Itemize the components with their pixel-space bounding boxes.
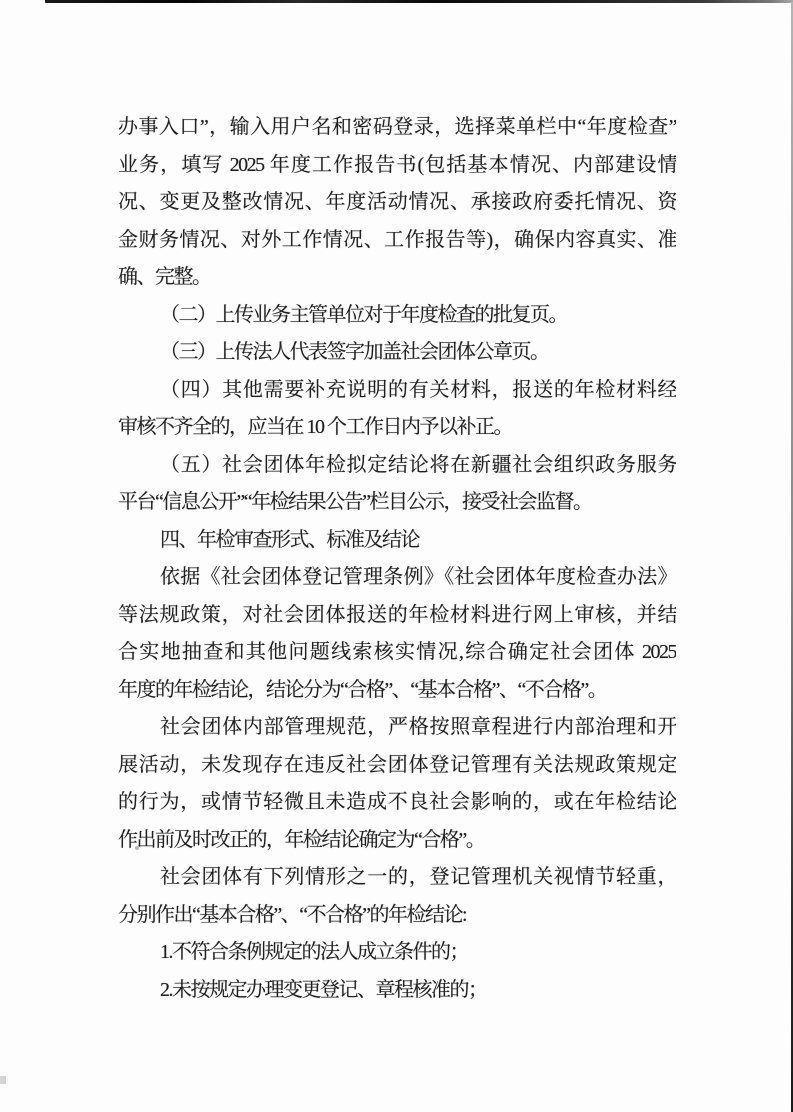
doc-line: 办事入口”，输入用户名和密码登录，选择菜单栏中“年度检查” [118,109,676,147]
scan-top-edge-artifact [45,0,793,3]
doc-line: （二）上传业务主管单位对于年度检查的批复页。 [118,297,676,335]
doc-line: 等法规政策，对社会团体报送的年检材料进行网上审核，并结 [118,597,676,635]
doc-line: 的行为，或情节轻微且未造成不良社会影响的，或在年检结论 [118,784,676,822]
doc-line: 依据《社会团体登记管理条例》《社会团体年度检查办法》 [118,559,676,597]
doc-line: 展活动，未发现存在违反社会团体登记管理有关法规政策规定 [118,747,676,785]
doc-line: 分别作出“基本合格”、“不合格”的年检结论: [118,897,676,935]
doc-section-heading: 四、年检审查形式、标准及结论 [118,522,676,560]
doc-line: （五）社会团体年检拟定结论将在新疆社会组织政务服务 [118,447,676,485]
doc-line: 业务，填写 2025 年度工作报告书(包括基本情况、内部建设情 [118,147,676,185]
document-text-block: 办事入口”，输入用户名和密码登录，选择菜单栏中“年度检查” 业务，填写 2025… [118,109,676,1009]
doc-line: 社会团体内部管理规范，严格按照章程进行内部治理和开 [118,709,676,747]
doc-line: 社会团体有下列情形之一的，登记管理机关视情节轻重， [118,859,676,897]
doc-line: 审核不齐全的，应当在 10 个工作日内予以补正。 [118,409,676,447]
doc-line: 确、完整。 [118,259,676,297]
scanned-document-page: 办事入口”，输入用户名和密码登录，选择菜单栏中“年度检查” 业务，填写 2025… [0,0,793,1112]
doc-line: （三）上传法人代表签字加盖社会团体公章页。 [118,334,676,372]
doc-line: 况、变更及整改情况、年度活动情况、承接政府委托情况、资 [118,184,676,222]
doc-line: 年度的年检结论，结论分为“合格”、“基本合格”、“不合格”。 [118,672,676,710]
doc-line: 平台“信息公开”“年检结果公告”栏目公示，接受社会监督。 [118,484,676,522]
doc-line: 作出前及时改正的，年检结论确定为“合格”。 [118,822,676,860]
doc-line: 金财务情况、对外工作情况、工作报告等)，确保内容真实、准 [118,222,676,260]
doc-list-item: 1.不符合条例规定的法人成立条件的； [118,934,676,972]
scan-speck [0,1076,6,1084]
doc-list-item: 2.未按规定办理变更登记、章程核准的； [118,972,676,1010]
doc-line: （四）其他需要补充说明的有关材料，报送的年检材料经 [118,372,676,410]
doc-line: 合实地抽查和其他问题线索核实情况,综合确定社会团体 2025 [118,634,676,672]
